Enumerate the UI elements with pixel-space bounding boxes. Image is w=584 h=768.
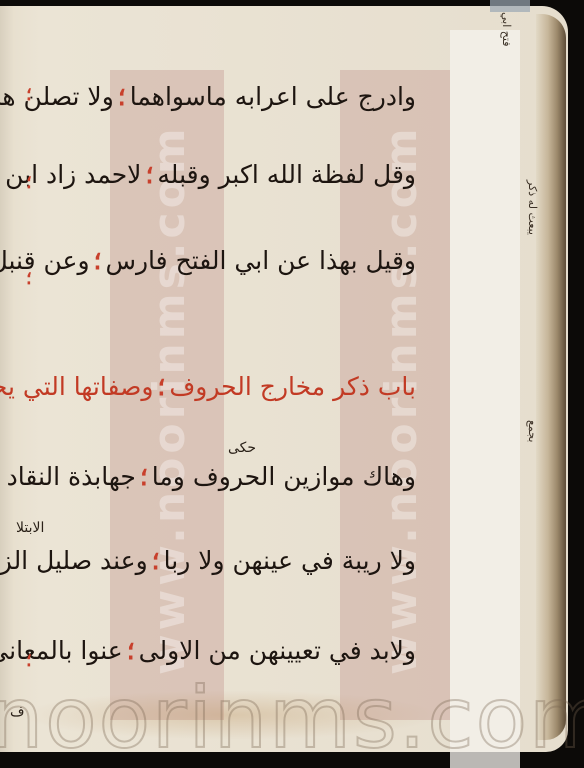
hemistich-second: وعن قنبل بعض بتكبيره تلا [0,246,90,275]
verse-separator: ؛ [94,246,102,275]
light-overlay-bar [450,30,520,768]
hemistich-first: وادرج على اعرابه ماسواهما [130,82,416,111]
bottom-watermark: noorinms.com [0,676,584,760]
hemistich-second: لاحمد زاد ابن الحباب فهيللا [0,160,141,189]
hemistich-first: وقل لفظة الله اكبر وقبله [157,160,416,189]
verse-end-marker: ؛ [26,84,40,98]
top-scale-bar [490,0,530,12]
right-margin-note: بجمع [526,420,539,442]
interlinear-gloss: حكى [228,440,256,456]
verse-separator: ؛ [152,546,160,575]
right-margin-note: يبعث له ذكر [526,180,539,235]
left-margin-note [0,60,18,120]
verse-line-3: وقيل بهذا عن ابي الفتح فارس؛وعن قنبل بعض… [0,246,416,275]
verse-separator: ؛ [157,372,165,401]
verse-separator: ؛ [140,462,148,491]
page-edge [536,14,566,740]
verse-separator: ؛ [127,636,135,665]
verse-line-4: وهاك موازين الحروف وما؛جهابذة النقاد فيه… [0,462,416,491]
verse-line-6: ولابد في تعيينهن من الاولى؛عنوا بالمعاني… [0,636,416,665]
interlinear-gloss: الابتلا [16,520,44,536]
right-margin-note: فتح ابي [500,12,513,46]
chapter-heading: باب ذكر مخارج الحروف؛وصفاتها التي يحتاج … [0,372,416,401]
hemistich-second: جهابذة النقاد فيها محصلا [0,462,136,491]
verse-line-1: وادرج على اعرابه ماسواهما؛ولا تصلن هاء ا… [0,82,416,111]
verse-separator: ؛ [145,160,153,189]
hemistich-first: وقيل بهذا عن ابي الفتح فارس [105,246,416,275]
heading-first: باب ذكر مخارج الحروف [169,372,416,401]
hemistich-second: عنوا بالمعاني عاملين وقولا [0,636,123,665]
hemistich-first: ولابد في تعيينهن من الاولى [139,636,416,665]
verse-end-marker: ؛ [26,268,40,282]
verse-end-marker: ؛ [26,650,40,664]
verse-end-marker: ؛ [26,172,40,186]
verse-line-5: ولا ريبة في عينهن ولا ربا؛وعند صليل الزي… [0,546,416,575]
hemistich-first: وهاك موازين الحروف وما [152,462,416,491]
heading-second: وصفاتها التي يحتاج القارى اليها [0,372,153,401]
verse-separator: ؛ [118,82,126,111]
hemistich-first: ولا ريبة في عينهن ولا ربا [164,546,416,575]
hemistich-second: وعند صليل الزيف يصدق [0,546,148,575]
verse-line-2: وقل لفظة الله اكبر وقبله؛لاحمد زاد ابن ا… [0,160,416,189]
